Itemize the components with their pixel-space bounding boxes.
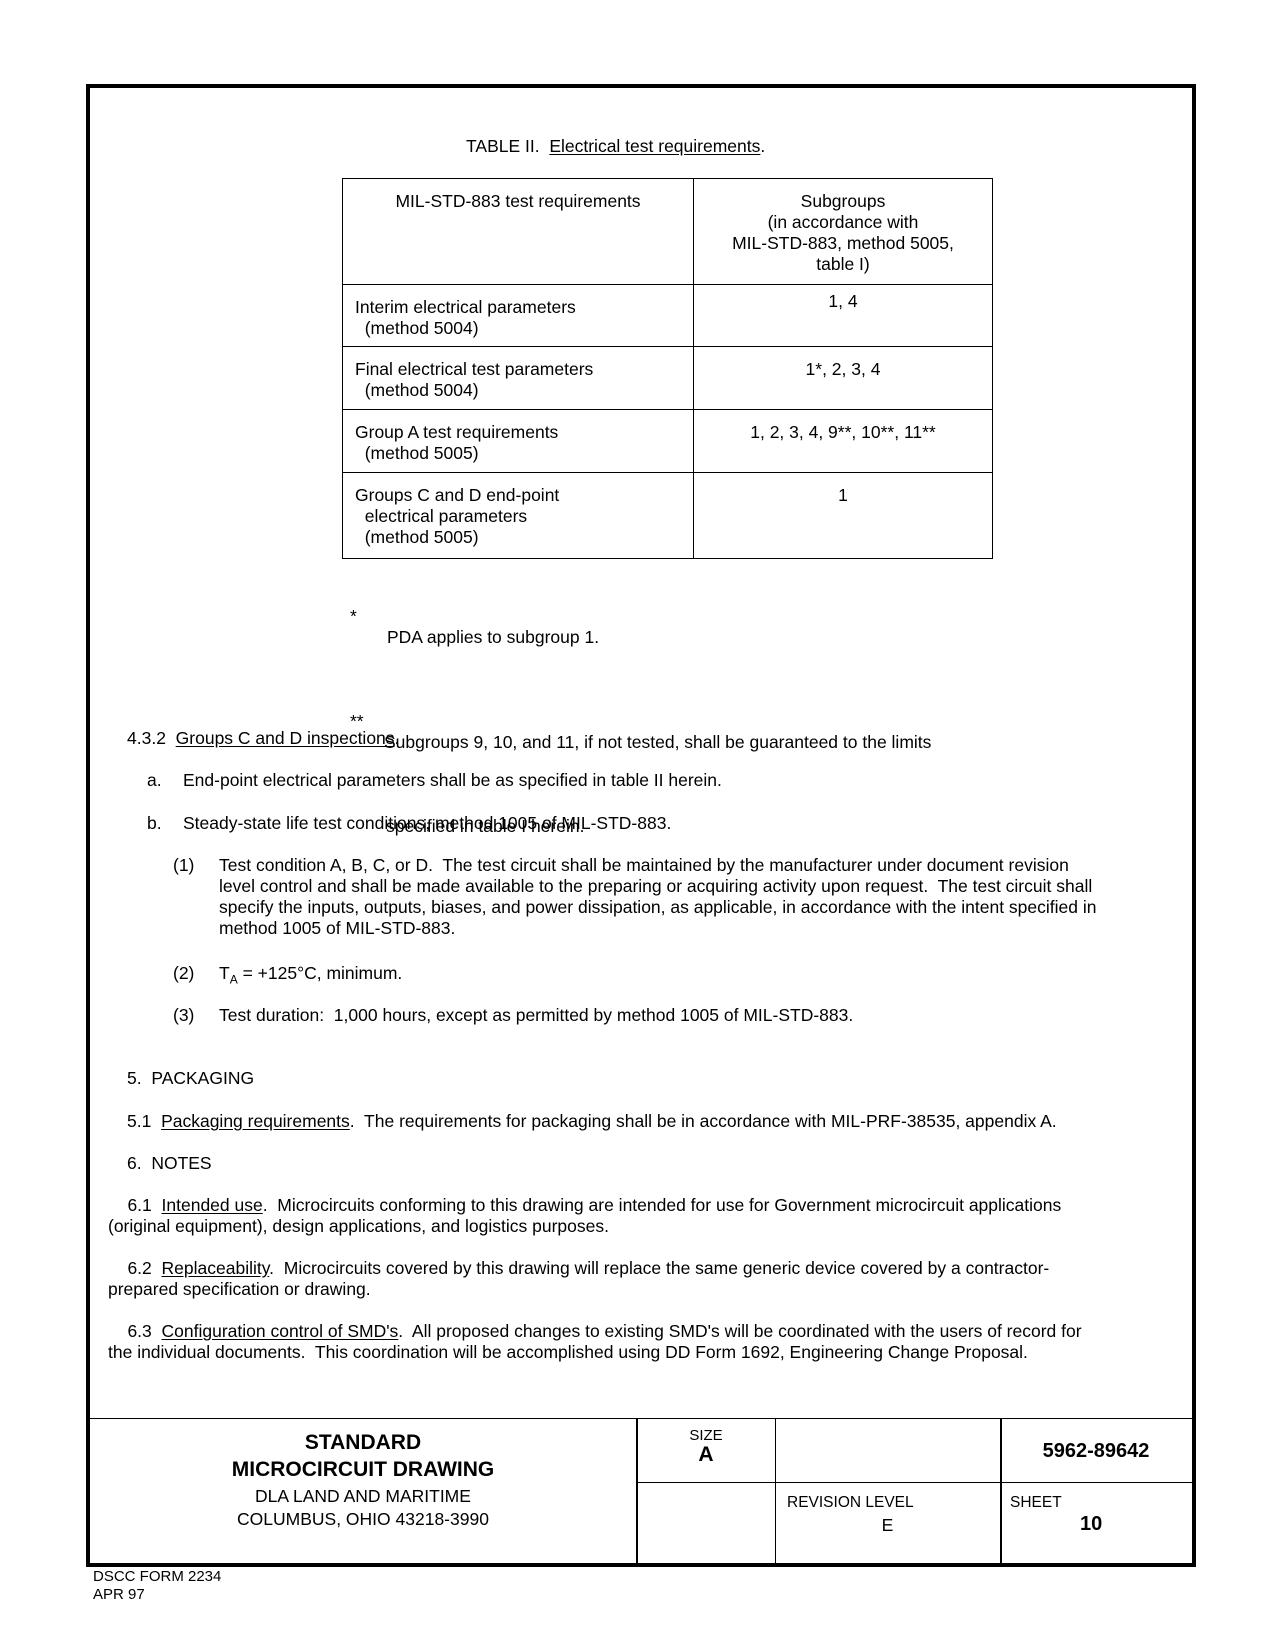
temp-symbol: T — [219, 963, 230, 983]
requirement-line: Groups C and D end-point — [355, 485, 693, 506]
para-title: Configuration control of SMD's — [162, 1321, 399, 1341]
item-label: b. — [147, 813, 162, 833]
revision-label: REVISION LEVEL — [787, 1494, 914, 1512]
section-number: 4.3.2 — [127, 728, 166, 748]
para-title: Intended use — [162, 1195, 263, 1215]
title-org: DLA LAND AND MARITIME — [90, 1485, 636, 1507]
subitem-1-text: Test condition A, B, C, or D. The test c… — [219, 855, 1096, 939]
text-line: specify the inputs, outputs, biases, and… — [219, 897, 1096, 918]
header-subgroups-line: Subgroups — [694, 191, 992, 212]
requirement-cell: Group A test requirements (method 5005) — [343, 410, 693, 464]
text-line: method 1005 of MIL-STD-883. — [219, 918, 1096, 939]
para-line: 6.2 Replaceability. Microcircuits covere… — [108, 1258, 1049, 1279]
para-number: 5.1 — [127, 1111, 151, 1131]
title-block-mid-line — [636, 1482, 1195, 1483]
text-line: Test condition A, B, C, or D. The test c… — [219, 855, 1096, 876]
para-title: Replaceability — [162, 1258, 270, 1278]
header-requirements: MIL-STD-883 test requirements — [343, 179, 693, 212]
caption-prefix: TABLE II. — [466, 136, 540, 156]
para-number: 6.1 — [127, 1195, 151, 1215]
item-label: a. — [147, 770, 162, 790]
header-subgroups: Subgroups (in accordance with MIL-STD-88… — [694, 179, 992, 275]
requirement-cell: Final electrical test parameters (method… — [343, 347, 693, 401]
para-number: 6.3 — [127, 1321, 151, 1341]
item-a: a. — [147, 770, 162, 791]
requirement-cell: Groups C and D end-point electrical para… — [343, 473, 693, 548]
footnote-text: Subgroups 9, 10, and 11, if not tested, … — [384, 732, 931, 753]
temp-subscript: A — [230, 973, 238, 987]
table-row: Final electrical test parameters (method… — [343, 347, 993, 410]
temp-value: = +125°C, minimum. — [238, 963, 403, 983]
footnote-mark: * — [350, 606, 357, 627]
title-block-top-line — [90, 1418, 1195, 1419]
subgroups-cell: 1*, 2, 3, 4 — [694, 347, 992, 380]
revision-value: E — [775, 1515, 1000, 1536]
header-subgroups-line: MIL-STD-883, method 5005, — [694, 233, 992, 254]
subitem-1-label: (1) — [173, 855, 194, 876]
requirement-line: (method 5004) — [355, 318, 693, 339]
subitem-2-text: TA = +125°C, minimum. — [219, 963, 402, 991]
caption-title: Electrical test requirements — [549, 136, 760, 156]
title-microcircuit-drawing: MICROCIRCUIT DRAWING — [90, 1457, 636, 1483]
section-6-heading: 6. NOTES — [127, 1153, 212, 1174]
table-row: Interim electrical parameters (method 50… — [343, 285, 993, 347]
item-a-text: End-point electrical parameters shall be… — [183, 770, 722, 791]
size-value: A — [636, 1443, 776, 1467]
requirement-line: electrical parameters — [355, 506, 693, 527]
header-subgroups-line: table I) — [694, 254, 992, 275]
drawing-number: 5962-89642 — [1000, 1440, 1192, 1463]
size-label: SIZE — [636, 1427, 776, 1444]
para-line: 6.1 Intended use. Microcircuits conformi… — [108, 1195, 1061, 1216]
requirement-line: (method 5005) — [355, 443, 693, 464]
footnote: * PDA applies to subgroup 1. — [350, 585, 369, 669]
footnote-text: PDA applies to subgroup 1. — [387, 627, 599, 648]
requirement-line: Group A test requirements — [355, 422, 693, 443]
subgroups-cell: 1, 2, 3, 4, 9**, 10**, 11** — [694, 410, 992, 443]
text-line: level control and shall be made availabl… — [219, 876, 1096, 897]
requirement-cell: Interim electrical parameters (method 50… — [343, 285, 693, 339]
para-line: (original equipment), design application… — [108, 1216, 1061, 1237]
subgroups-cell: 1, 4 — [694, 285, 992, 312]
table-row: Groups C and D end-point electrical para… — [343, 473, 993, 559]
para-number: 6.2 — [127, 1258, 151, 1278]
para-line: 6.3 Configuration control of SMD's. All … — [108, 1321, 1082, 1342]
para-line: the individual documents. This coordinat… — [108, 1342, 1082, 1363]
requirement-line: Final electrical test parameters — [355, 359, 693, 380]
form-date: APR 97 — [93, 1586, 221, 1604]
sheet-value: 10 — [1080, 1513, 1102, 1536]
section-5-heading: 5. PACKAGING — [127, 1068, 254, 1089]
form-identifier: DSCC FORM 2234 APR 97 — [93, 1568, 221, 1604]
para-text: . Microcircuits conforming to this drawi… — [263, 1195, 1062, 1215]
item-b-text: Steady-state life test conditions, metho… — [183, 813, 671, 834]
form-number: DSCC FORM 2234 — [93, 1568, 221, 1586]
table-header-row: MIL-STD-883 test requirements Subgroups … — [343, 179, 993, 285]
title-address: COLUMBUS, OHIO 43218-3990 — [90, 1508, 636, 1530]
para-line: prepared specification or drawing. — [108, 1279, 1049, 1300]
requirement-line: (method 5005) — [355, 527, 693, 548]
caption-suffix: . — [760, 136, 765, 156]
paragraph-5-1: 5.1 Packaging requirements. The requirem… — [127, 1111, 1057, 1132]
header-subgroups-line: (in accordance with — [694, 212, 992, 233]
para-text: . All proposed changes to existing SMD's… — [398, 1321, 1081, 1341]
paragraph-6-1: 6.1 Intended use. Microcircuits conformi… — [108, 1195, 1061, 1237]
section-432-heading: 4.3.2 Groups C and D inspections. — [127, 728, 399, 749]
requirement-line: Interim electrical parameters — [355, 297, 693, 318]
paragraph-6-3: 6.3 Configuration control of SMD's. All … — [108, 1321, 1082, 1363]
table-caption: TABLE II. Electrical test requirements. — [466, 136, 765, 157]
subitem-3-text: Test duration: 1,000 hours, except as pe… — [219, 1005, 853, 1026]
item-b: b. — [147, 813, 162, 834]
subitem-2-label: (2) — [173, 963, 194, 984]
table-row: Group A test requirements (method 5005) … — [343, 410, 993, 473]
subitem-3-label: (3) — [173, 1005, 194, 1026]
electrical-test-table: MIL-STD-883 test requirements Subgroups … — [342, 178, 993, 559]
sheet-label: SHEET — [1010, 1494, 1062, 1512]
paragraph-6-2: 6.2 Replaceability. Microcircuits covere… — [108, 1258, 1049, 1300]
section-title: Groups C and D inspections — [176, 728, 395, 748]
subgroups-cell: 1 — [694, 473, 992, 506]
requirement-line: (method 5004) — [355, 380, 693, 401]
para-text: . Microcircuits covered by this drawing … — [269, 1258, 1049, 1278]
para-title: Packaging requirements — [161, 1111, 350, 1131]
para-text: . The requirements for packaging shall b… — [350, 1111, 1057, 1131]
title-standard: STANDARD — [90, 1430, 636, 1456]
